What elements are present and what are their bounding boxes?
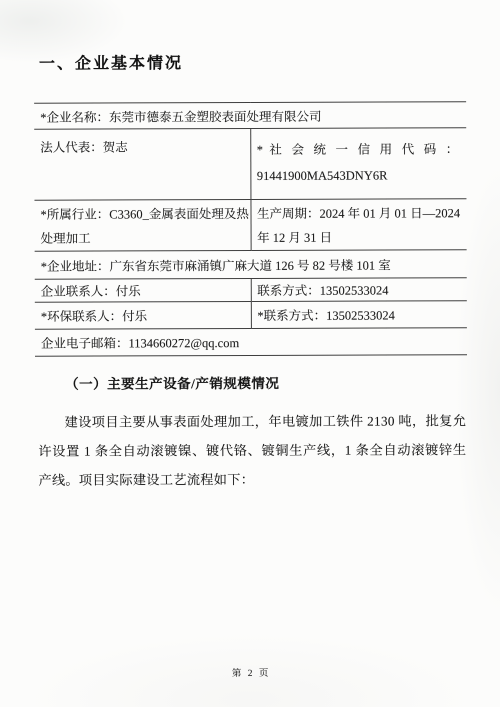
table-row: *企业地址：广东省东莞市麻涌镇广麻大道 126 号 82 号楼 101 室 — [35, 250, 467, 280]
table-row: 企业电子邮箱：1134660272@qq.com — [35, 328, 467, 357]
company-email-cell: 企业电子邮箱：1134660272@qq.com — [35, 328, 467, 357]
section-heading: （一）主要生产设备/产销规模情况 — [38, 373, 466, 394]
company-name-cell: *企业名称：东莞市德泰五金塑胶表面处理有限公司 — [34, 102, 466, 130]
table-row: *企业名称：东莞市德泰五金塑胶表面处理有限公司 — [34, 102, 466, 130]
contact-phone-cell: 联系方式：13502533024 — [251, 278, 467, 302]
production-period-cell: 生产周期：2024 年 01 月 01 日—2024 年 12 月 31 日 — [250, 199, 466, 251]
production-period-line1: 生产周期：2024 年 01 月 01 日—2024 — [257, 202, 467, 226]
industry-line1: *所属行业：C3360_金属表面处理及热 — [40, 203, 250, 227]
production-period-line2: 年 12 月 31 日 — [257, 226, 467, 250]
production-scale-section: （一）主要生产设备/产销规模情况 建设项目主要从事表面处理加工，年电镀加工铁件 … — [38, 373, 466, 495]
company-info-table: *企业名称：东莞市德泰五金塑胶表面处理有限公司 法人代表：贺志 * 社 会 统 … — [34, 101, 467, 357]
industry-line2: 处理加工 — [41, 226, 251, 250]
credit-code-label: * 社 会 统 一 信 用 代 码 ： — [257, 136, 467, 163]
table-row: 企业联系人：付乐 联系方式：13502533024 — [35, 278, 467, 303]
env-contact-phone-cell: *联系方式：13502533024 — [251, 301, 467, 329]
company-address-cell: *企业地址：广东省东莞市麻涌镇广麻大道 126 号 82 号楼 101 室 — [35, 250, 467, 280]
table-row: *环保联系人：付乐 *联系方式：13502533024 — [35, 301, 467, 330]
credit-code-value: 91441900MA543DNY6R — [257, 162, 467, 189]
section-paragraph: 建设项目主要从事表面处理加工，年电镀加工铁件 2130 吨，批复允许设置 1 条… — [38, 406, 466, 495]
scanned-document-page: 一、企业基本情况 *企业名称：东莞市德泰五金塑胶表面处理有限公司 法人代表：贺志… — [0, 0, 500, 707]
page-title: 一、企业基本情况 — [39, 50, 183, 74]
credit-code-cell: * 社 会 统 一 信 用 代 码 ： 91441900MA543DNY6R — [250, 128, 466, 200]
table-row: 法人代表：贺志 * 社 会 统 一 信 用 代 码 ： 91441900MA54… — [34, 128, 466, 201]
industry-cell: *所属行业：C3360_金属表面处理及热 处理加工 — [34, 199, 250, 251]
table-row: *所属行业：C3360_金属表面处理及热 处理加工 生产周期：2024 年 01… — [34, 199, 466, 252]
legal-representative-cell: 法人代表：贺志 — [34, 128, 250, 200]
page-number: 第 2 页 — [1, 664, 500, 680]
env-contact-cell: *环保联系人：付乐 — [35, 301, 251, 329]
company-contact-cell: 企业联系人：付乐 — [35, 278, 251, 302]
